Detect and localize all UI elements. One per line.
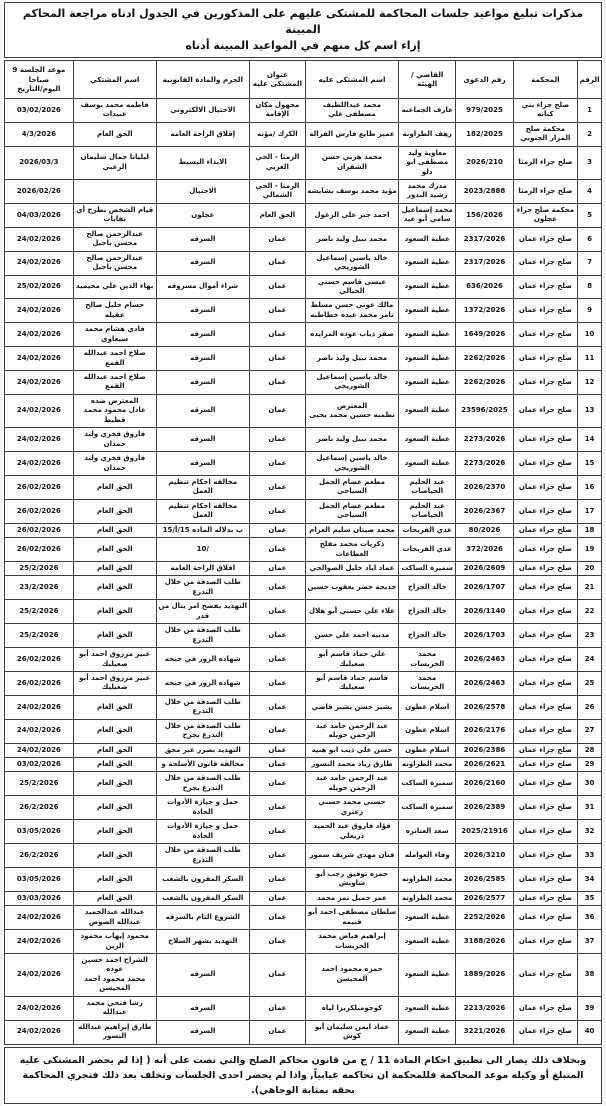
cell-row-number: 22 — [578, 600, 602, 624]
header-complainant-name: اسم المشتكي — [73, 60, 156, 98]
table-row: 32صلح جزاء عمان2025/21916سعد العنانزهفؤا… — [5, 820, 602, 844]
cell-court-name: صلح جزاء عمان — [513, 576, 577, 600]
cell-case-number: 2026/2578 — [456, 695, 513, 719]
cell-crime-description: الاحتيال الالكتروني — [156, 98, 249, 122]
hearings-table-body: 1صلح جزاء بني كنانه979/2025عارف الجماعنه… — [5, 98, 602, 1044]
cell-judge-name: سميرة الساكت — [399, 772, 456, 796]
cell-case-number: 2026/1703 — [456, 624, 513, 648]
cell-defendant-address: الكرك /مؤته — [249, 122, 305, 146]
table-row: 15صلح جزاء عمان2273/2026عطية السعودخالد … — [5, 452, 602, 476]
cell-row-number: 25 — [578, 671, 602, 695]
cell-complainant-name: عبدالرحمن صالح محسن باجيل — [73, 227, 156, 251]
cell-complainant-name: الحق العام — [73, 122, 156, 146]
footer-note: وبخلاف ذلك يصار الى تطبيق احكام المادة 1… — [4, 1047, 602, 1105]
cell-case-number: 2026/2176 — [456, 719, 513, 743]
cell-hearing-date: 03/02/2026 — [5, 758, 74, 772]
cell-defendant-address: عمان — [249, 671, 305, 695]
cell-court-name: صلح جزاء عمان — [513, 275, 577, 299]
cell-crime-description: اقلاق الراحة العامة — [156, 562, 249, 576]
cell-court-name: صلح جزاء عمان — [513, 743, 577, 757]
cell-defendant-name: خالد ياسين إسماعيل الشوريجي — [305, 371, 398, 395]
table-row: 20صلح جزاء عمان2026/2609سميرة الساكتعماد… — [5, 562, 602, 576]
cell-defendant-name: مطعم عصام الجمل السياحي — [305, 475, 398, 499]
cell-complainant-name: الحق العام — [73, 600, 156, 624]
cell-defendant-address: عمان — [249, 394, 305, 427]
cell-judge-name: محمد الخريسات — [399, 648, 456, 672]
table-row: 21صلح جزاء عمان2026/1707خالد الجراحخديجة… — [5, 576, 602, 600]
cell-crime-description: إقلاق الراحة العامة — [156, 122, 249, 146]
table-row: 34صلح جزاء عمان2026/2585محمد الطراونهحمز… — [5, 867, 602, 891]
cell-judge-name: سعد العنانزه — [399, 820, 456, 844]
cell-court-name: صلح جزاء الرمثا — [513, 180, 577, 204]
table-row: 3صلح جزاء الرمثا2026/210معاوية وليد مصطف… — [5, 146, 602, 179]
header-court-name: المحكمة — [513, 60, 577, 98]
cell-crime-description: السرقه — [156, 1020, 249, 1044]
header-hearing-date: موعد الجلسة 9 صباحا اليوم/التاريخ — [5, 60, 74, 98]
cell-judge-name: خالد الجراح — [399, 576, 456, 600]
cell-crime-description: السرقه — [156, 299, 249, 323]
cell-defendant-address: عمان — [249, 772, 305, 796]
cell-crime-description: الاحتيال — [156, 180, 249, 204]
cell-defendant-address: عمان — [249, 428, 305, 452]
cell-defendant-address: عمان — [249, 695, 305, 719]
cell-case-number: 3221/2026 — [456, 1020, 513, 1044]
cell-crime-description: السرقه — [156, 347, 249, 371]
cell-hearing-date: 25/2/2026 — [5, 624, 74, 648]
cell-crime-description: السرقه — [156, 954, 249, 997]
cell-crime-description: التهديد بشهر السلاح — [156, 930, 249, 954]
cell-judge-name: عدي الفريحات — [399, 523, 456, 537]
cell-defendant-address: عمان — [249, 576, 305, 600]
cell-judge-name: عطية السعود — [399, 428, 456, 452]
table-row: 11صلح جزاء عمان2262/2026عطية السعودمحمد … — [5, 347, 602, 371]
hearings-table: الرقم المحكمة رقم الدعوى القاضي / الهيئة… — [4, 60, 602, 1045]
cell-defendant-name: عبد الرحمن حامد عبد الرحمن حويله — [305, 772, 398, 796]
cell-crime-description: السرقه — [156, 251, 249, 275]
cell-judge-name: عبد الحليم الحياصات — [399, 499, 456, 523]
cell-crime-description: مخالفة قانون الأسلحة و — [156, 758, 249, 772]
cell-complainant-name: طارق إبراهيم عبدالله النسور — [73, 1020, 156, 1044]
table-row: 18صلح جزاء عمان80/2026عدي الفريحاتمحمد ص… — [5, 523, 602, 537]
cell-case-number: 2023/2888 — [456, 180, 513, 204]
table-row: 14صلح جزاء عمان2273/2026عطية السعودمحمد … — [5, 428, 602, 452]
cell-crime-description: التهديد بفضح امر ينال من قدر — [156, 600, 249, 624]
cell-row-number: 31 — [578, 796, 602, 820]
table-row: 9صلح جزاء عمان1372/2026عطية السعودمالك ع… — [5, 299, 602, 323]
cell-judge-name: عطية السعود — [399, 906, 456, 930]
cell-court-name: صلح جزاء عمان — [513, 499, 577, 523]
cell-defendant-address: عمان — [249, 891, 305, 905]
cell-complainant-name: الحق العام — [73, 562, 156, 576]
cell-court-name: صلح جزاء عمان — [513, 323, 577, 347]
cell-row-number: 27 — [578, 719, 602, 743]
cell-defendant-name: علي حماد قاسم أبو صعيليك — [305, 648, 398, 672]
cell-court-name: صلح جزاء عمان — [513, 299, 577, 323]
cell-court-name: صلح جزاء عمان — [513, 624, 577, 648]
cell-court-name: صلح جزاء عمان — [513, 452, 577, 476]
cell-hearing-date: 04/03/2026 — [5, 203, 74, 227]
cell-row-number: 21 — [578, 576, 602, 600]
table-row: 22صلح جزاء عمان2026/1140خالد الجراحعلاء … — [5, 600, 602, 624]
cell-crime-description: طلب الصدقة من خلال التذرع — [156, 624, 249, 648]
cell-hearing-date: 03/05/2026 — [5, 867, 74, 891]
cell-court-name: صلح جزاء عمان — [513, 475, 577, 499]
cell-hearing-date: 26/02/2026 — [5, 648, 74, 672]
cell-court-name: صلح جزاء عمان — [513, 954, 577, 997]
cell-complainant-name: الحق العام — [73, 796, 156, 820]
cell-complainant-name: بهاء الدين علي محيميد — [73, 275, 156, 299]
cell-judge-name: عطية السعود — [399, 227, 456, 251]
cell-defendant-address: عمان — [249, 758, 305, 772]
cell-defendant-address: عمان — [249, 820, 305, 844]
cell-defendant-address: الرمثا - الحي الغربي — [249, 146, 305, 179]
table-row: 19صلح جزاء عمان372/2026عدي الفريحاتذكريا… — [5, 538, 602, 562]
cell-complainant-name: الحق العام — [73, 820, 156, 844]
cell-case-number: 2026/2585 — [456, 867, 513, 891]
cell-row-number: 26 — [578, 695, 602, 719]
cell-defendant-address: عمان — [249, 347, 305, 371]
cell-complainant-name: الحق العام — [73, 499, 156, 523]
header-defendant-address: عنوان المشتكى عليه — [249, 60, 305, 98]
cell-complainant-name: فاروق فخري وليد حمدان — [73, 452, 156, 476]
cell-hearing-date: 24/02/2026 — [5, 428, 74, 452]
cell-court-name: صلح جزاء عمان — [513, 906, 577, 930]
cell-case-number: 2026/2386 — [456, 743, 513, 757]
cell-case-number: 2026/2463 — [456, 648, 513, 672]
cell-crime-description: /10 — [156, 538, 249, 562]
cell-defendant-name: مؤيد محمد يوسف بشايشه — [305, 180, 398, 204]
cell-row-number: 5 — [578, 203, 602, 227]
cell-judge-name: عطية السعود — [399, 323, 456, 347]
cell-judge-name: خالد الجراح — [399, 624, 456, 648]
cell-complainant-name: ليليانا جمال سليمان الزعبي — [73, 146, 156, 179]
cell-defendant-name: فؤاد فاروق عبد الحميد دريعلي — [305, 820, 398, 844]
cell-complainant-name: قيام الشخص بطرح أي نفايات — [73, 203, 156, 227]
cell-crime-description: السرقه — [156, 227, 249, 251]
cell-court-name: صلح جزاء عمان — [513, 394, 577, 427]
cell-case-number: 2252/2026 — [456, 906, 513, 930]
cell-row-number: 16 — [578, 475, 602, 499]
cell-case-number: 80/2026 — [456, 523, 513, 537]
cell-row-number: 6 — [578, 227, 602, 251]
cell-hearing-date: 4/3/2026 — [5, 122, 74, 146]
cell-defendant-address: عمان — [249, 867, 305, 891]
table-row: 4صلح جزاء الرمثا2023/2888مدرك محمد رشيد … — [5, 180, 602, 204]
cell-crime-description: الشروع التام بالسرقه — [156, 906, 249, 930]
cell-case-number: 1889/2026 — [456, 954, 513, 997]
cell-defendant-address: عمان — [249, 743, 305, 757]
cell-defendant-name: خالد ياسين إسماعيل الشوريجي — [305, 251, 398, 275]
cell-judge-name: عطية السعود — [399, 347, 456, 371]
cell-row-number: 1 — [578, 98, 602, 122]
cell-hearing-date: 26/02/2026 — [5, 671, 74, 695]
cell-court-name: صلح جزاء بني كنانه — [513, 98, 577, 122]
cell-defendant-address: عمان — [249, 954, 305, 997]
cell-case-number: 2026/210 — [456, 146, 513, 179]
cell-court-name: صلح جزاء عمان — [513, 600, 577, 624]
cell-hearing-date: 03/02/2026 — [5, 98, 74, 122]
cell-crime-description: حمل و حيازة الأدوات الحادة — [156, 820, 249, 844]
table-row: 7صلح جزاء عمان2317/2026عطية السعودخالد ي… — [5, 251, 602, 275]
table-row: 13صلح جزاء عمان23596/2025عطية السعودالمع… — [5, 394, 602, 427]
cell-defendant-name: ذكريات محمد مفلح العطاعات — [305, 538, 398, 562]
cell-crime-description: السرقه — [156, 428, 249, 452]
cell-complainant-name: رشا فتحي محمد عبدالله — [73, 996, 156, 1020]
cell-defendant-address: عمان — [249, 844, 305, 868]
cell-judge-name: عطية السعود — [399, 954, 456, 997]
cell-defendant-name: حمزه محمود احمد المحيسن — [305, 954, 398, 997]
cell-row-number: 36 — [578, 906, 602, 930]
cell-complainant-name: صلاح احمد عبدالله القمع — [73, 347, 156, 371]
cell-hearing-date: 03/05/2026 — [5, 820, 74, 844]
cell-crime-description: عجلون — [156, 203, 249, 227]
cell-defendant-name: حسن علي ذيب ابو هنيه — [305, 743, 398, 757]
cell-judge-name: خالد الجراح — [399, 600, 456, 624]
table-row: 6صلح جزاء عمان2317/2026عطية السعودمحمد ن… — [5, 227, 602, 251]
cell-case-number: 156/2026 — [456, 203, 513, 227]
cell-crime-description: مخالفه احكام تنظيم العمل — [156, 499, 249, 523]
cell-case-number: 2026/2609 — [456, 562, 513, 576]
cell-row-number: 34 — [578, 867, 602, 891]
cell-case-number: 2262/2026 — [456, 347, 513, 371]
cell-complainant-name: الحق العام — [73, 891, 156, 905]
cell-hearing-date: 26/02/2026 — [5, 538, 74, 562]
cell-defendant-name: مالك عوني حسن مسلط تامر محمد عبده خطاطبه — [305, 299, 398, 323]
cell-crime-description: شهاده الزور في جنحه — [156, 648, 249, 672]
cell-hearing-date: 2026/02/26 — [5, 180, 74, 204]
cell-judge-name: اسلام عطون — [399, 743, 456, 757]
cell-complainant-name: الحق العام — [73, 844, 156, 868]
cell-complainant-name: عبدالله عبدالحميد عبدالله الصوص — [73, 906, 156, 930]
cell-hearing-date: 24/02/2026 — [5, 371, 74, 395]
table-row: 29صلح جزاء عمان2026/2621محمد الطراونهطار… — [5, 758, 602, 772]
cell-row-number: 18 — [578, 523, 602, 537]
cell-row-number: 9 — [578, 299, 602, 323]
cell-complainant-name: محمود إيهاب محمود الزين — [73, 930, 156, 954]
cell-judge-name: عطية السعود — [399, 275, 456, 299]
cell-hearing-date: 24/02/2026 — [5, 906, 74, 930]
cell-hearing-date: 24/02/2026 — [5, 323, 74, 347]
table-row: 33صلح جزاء عمان2026/3210وفاء العواملهفنا… — [5, 844, 602, 868]
cell-defendant-address: عمان — [249, 562, 305, 576]
cell-court-name: صلح جزاء عمان — [513, 538, 577, 562]
cell-court-name: محكمة صلح جزاء عجلون — [513, 203, 577, 227]
cell-case-number: 3188/2026 — [456, 930, 513, 954]
cell-case-number: 636/2026 — [456, 275, 513, 299]
cell-court-name: صلح جزاء عمان — [513, 891, 577, 905]
cell-defendant-name: عمير طايع فارس الفرالة — [305, 122, 398, 146]
cell-row-number: 8 — [578, 275, 602, 299]
cell-defendant-address: عمان — [249, 538, 305, 562]
cell-court-name: صلح جزاء عمان — [513, 867, 577, 891]
cell-defendant-name: احمد جبر علي الزغول — [305, 203, 398, 227]
cell-complainant-name: الحق العام — [73, 743, 156, 757]
cell-complainant-name: فاروق فخري وليد حمدان — [73, 428, 156, 452]
header-case-number: رقم الدعوى — [456, 60, 513, 98]
cell-defendant-address: عمان — [249, 930, 305, 954]
cell-judge-name: محمد إسماعيل سامي أبو عيد — [399, 203, 456, 227]
cell-defendant-name: حسني محمد حسني زعتري — [305, 796, 398, 820]
cell-case-number: 2026/2370 — [456, 475, 513, 499]
cell-defendant-address: عمان — [249, 275, 305, 299]
cell-complainant-name: الحق العام — [73, 758, 156, 772]
cell-complainant-name: عبدالرحمن صالح محسن باجيل — [73, 251, 156, 275]
cell-defendant-name: مدنيه احمد علي حسن — [305, 624, 398, 648]
cell-court-name: صلح جزاء عمان — [513, 648, 577, 672]
cell-defendant-address: عمان — [249, 906, 305, 930]
cell-judge-name: عطية السعود — [399, 996, 456, 1020]
cell-case-number: 2273/2026 — [456, 428, 513, 452]
cell-hearing-date: 24/02/2026 — [5, 954, 74, 997]
cell-judge-name: عطية السعود — [399, 1020, 456, 1044]
table-row: 39صلح جزاء عمان2213/2026عطية السعودكوجوم… — [5, 996, 602, 1020]
header-row: الرقم المحكمة رقم الدعوى القاضي / الهيئة… — [5, 60, 602, 98]
table-row: 37صلح جزاء عمان3188/2026عطية السعودإبراه… — [5, 930, 602, 954]
cell-defendant-name: خديجة خضر يعقوب حسين — [305, 576, 398, 600]
cell-complainant-name: الحق العام — [73, 695, 156, 719]
cell-defendant-name: محمد نبيل وليد ناصر — [305, 428, 398, 452]
cell-defendant-name: المعترض نظميه حسين محمد يحيى — [305, 394, 398, 427]
cell-row-number: 19 — [578, 538, 602, 562]
cell-defendant-name: عيسى قاسم حسني الجبالي — [305, 275, 398, 299]
cell-judge-name: عارف الجماعنه — [399, 98, 456, 122]
header-defendant-name: اسم المشتكى عليه — [305, 60, 398, 98]
cell-defendant-name: محمد صيتان سليم العزام — [305, 523, 398, 537]
cell-row-number: 37 — [578, 930, 602, 954]
cell-judge-name: عطية السعود — [399, 452, 456, 476]
cell-defendant-address: عمان — [249, 227, 305, 251]
cell-row-number: 3 — [578, 146, 602, 179]
cell-defendant-name: صقر ذياب عوده المزايده — [305, 323, 398, 347]
cell-defendant-address: عمان — [249, 251, 305, 275]
cell-defendant-name: فنان مهدي شريف سمور — [305, 844, 398, 868]
cell-crime-description: طلب الصدقة من خلال التذرع — [156, 695, 249, 719]
cell-case-number: 2026/2621 — [456, 758, 513, 772]
cell-judge-name: عطية السعود — [399, 251, 456, 275]
cell-case-number: 2213/2026 — [456, 996, 513, 1020]
cell-court-name: صلح جزاء عمان — [513, 428, 577, 452]
cell-complainant-name: الحق العام — [73, 719, 156, 743]
cell-court-name: صلح جزاء عمان — [513, 719, 577, 743]
cell-hearing-date: 25/2/2026 — [5, 600, 74, 624]
cell-hearing-date: 03/03/2026 — [5, 891, 74, 905]
table-row: 10صلح جزاء عمان1649/2026عطية السعودصقر ذ… — [5, 323, 602, 347]
cell-court-name: صلح جزاء عمان — [513, 930, 577, 954]
cell-row-number: 20 — [578, 562, 602, 576]
table-row: 31صلح جزاء عمان2026/2389سميرة الساكتحسني… — [5, 796, 602, 820]
cell-defendant-address: عمان — [249, 371, 305, 395]
cell-complainant-name: الحق العام — [73, 538, 156, 562]
cell-court-name: صلح جزاء عمان — [513, 523, 577, 537]
cell-complainant-name: صلاح احمد عبدالله القمع — [73, 371, 156, 395]
cell-hearing-date: 24/02/2026 — [5, 227, 74, 251]
cell-court-name: صلح جزاء عمان — [513, 695, 577, 719]
cell-judge-name: عدي الفريحات — [399, 538, 456, 562]
cell-defendant-address: عمان — [249, 499, 305, 523]
cell-hearing-date: 24/02/2026 — [5, 719, 74, 743]
cell-crime-description: طلب الصدقة من خلال التذرع — [156, 576, 249, 600]
cell-judge-name: عطية السعود — [399, 371, 456, 395]
cell-judge-name: سميرة الساكت — [399, 562, 456, 576]
cell-row-number: 33 — [578, 844, 602, 868]
cell-defendant-name: عبد الرحمن حامد عبد الرحمن حويله — [305, 719, 398, 743]
cell-hearing-date: 24/02/2026 — [5, 452, 74, 476]
table-row: 2محكمة صلح المزار الجنوبي182/2025رهف الط… — [5, 122, 602, 146]
cell-court-name: صلح جزاء عمان — [513, 227, 577, 251]
cell-hearing-date: 24/02/2026 — [5, 695, 74, 719]
cell-hearing-date: 25/2/2026 — [5, 772, 74, 796]
cell-case-number: 2026/1707 — [456, 576, 513, 600]
cell-row-number: 29 — [578, 758, 602, 772]
cell-row-number: 28 — [578, 743, 602, 757]
cell-complainant-name: الحق العام — [73, 475, 156, 499]
cell-case-number: 2026/2389 — [456, 796, 513, 820]
cell-complainant-name — [73, 180, 156, 204]
cell-crime-description: ب بدلاله الماده 15/أ/15 — [156, 523, 249, 537]
cell-court-name: صلح جزاء عمان — [513, 820, 577, 844]
cell-judge-name: عطية السعود — [399, 930, 456, 954]
cell-crime-description: التهديد بضرر غير محق — [156, 743, 249, 757]
cell-crime-description: السرقه — [156, 394, 249, 427]
cell-defendant-name: محمد نبيل وليد ناصر — [305, 227, 398, 251]
cell-row-number: 15 — [578, 452, 602, 476]
cell-row-number: 23 — [578, 624, 602, 648]
cell-crime-description: طلب الصدقة من خلال التذرع بجرح — [156, 772, 249, 796]
cell-row-number: 35 — [578, 891, 602, 905]
cell-defendant-name: كوجوميلكريزا لياه — [305, 996, 398, 1020]
table-row: 27صلح جزاء عمان2026/2176اسلام عطونعبد ال… — [5, 719, 602, 743]
header-row-number: الرقم — [578, 60, 602, 98]
table-row: 8صلح جزاء عمان636/2026عطية السعودعيسى قا… — [5, 275, 602, 299]
cell-judge-name: محمد الطراونه — [399, 867, 456, 891]
cell-court-name: صلح جزاء عمان — [513, 772, 577, 796]
cell-case-number: 2026/2463 — [456, 671, 513, 695]
cell-defendant-address: الحق العام — [249, 203, 305, 227]
table-row: 24صلح جزاء عمان2026/2463محمد الخريساتعلي… — [5, 648, 602, 672]
cell-row-number: 17 — [578, 499, 602, 523]
cell-complainant-name: عبير مرزوق احمد أبو صعيليك — [73, 671, 156, 695]
cell-crime-description: طلب الصدقة من خلال التذرع — [156, 844, 249, 868]
cell-court-name: صلح جزاء عمان — [513, 758, 577, 772]
cell-hearing-date: 26/02/2026 — [5, 523, 74, 537]
cell-row-number: 11 — [578, 347, 602, 371]
cell-complainant-name: حسام خليل صالح عقيله — [73, 299, 156, 323]
header-judge-name: القاضي / الهيئة — [399, 60, 456, 98]
cell-defendant-name: عماد اياد خليل الصوالحي — [305, 562, 398, 576]
cell-hearing-date: 24/02/2026 — [5, 930, 74, 954]
cell-hearing-date: 24/02/2026 — [5, 996, 74, 1020]
cell-judge-name: وفاء العوامله — [399, 844, 456, 868]
table-row: 30صلح جزاء عمان2026/2160سميرة الساكتعبد … — [5, 772, 602, 796]
cell-defendant-name: حمزه توفيق رجب أبو شاويش — [305, 867, 398, 891]
cell-hearing-date: 26/2/2026 — [5, 844, 74, 868]
cell-row-number: 10 — [578, 323, 602, 347]
cell-judge-name: سميرة الساكت — [399, 796, 456, 820]
cell-row-number: 32 — [578, 820, 602, 844]
cell-complainant-name: الحق العام — [73, 772, 156, 796]
cell-court-name: صلح جزاء عمان — [513, 844, 577, 868]
cell-row-number: 7 — [578, 251, 602, 275]
table-row: 1صلح جزاء بني كنانه979/2025عارف الجماعنه… — [5, 98, 602, 122]
cell-defendant-name: بشير حسن بشير قاضي — [305, 695, 398, 719]
cell-court-name: صلح جزاء عمان — [513, 996, 577, 1020]
cell-crime-description: السرقه — [156, 996, 249, 1020]
cell-defendant-name: طارق زياد محمد النسور — [305, 758, 398, 772]
cell-hearing-date: 25/02/2026 — [5, 275, 74, 299]
cell-complainant-name: الشراح احمد حسين عوده محمد محمود احمد ال… — [73, 954, 156, 997]
table-row: 17صلح جزاء عمان2026/2367عبد الحليم الحيا… — [5, 499, 602, 523]
cell-case-number: 23596/2025 — [456, 394, 513, 427]
